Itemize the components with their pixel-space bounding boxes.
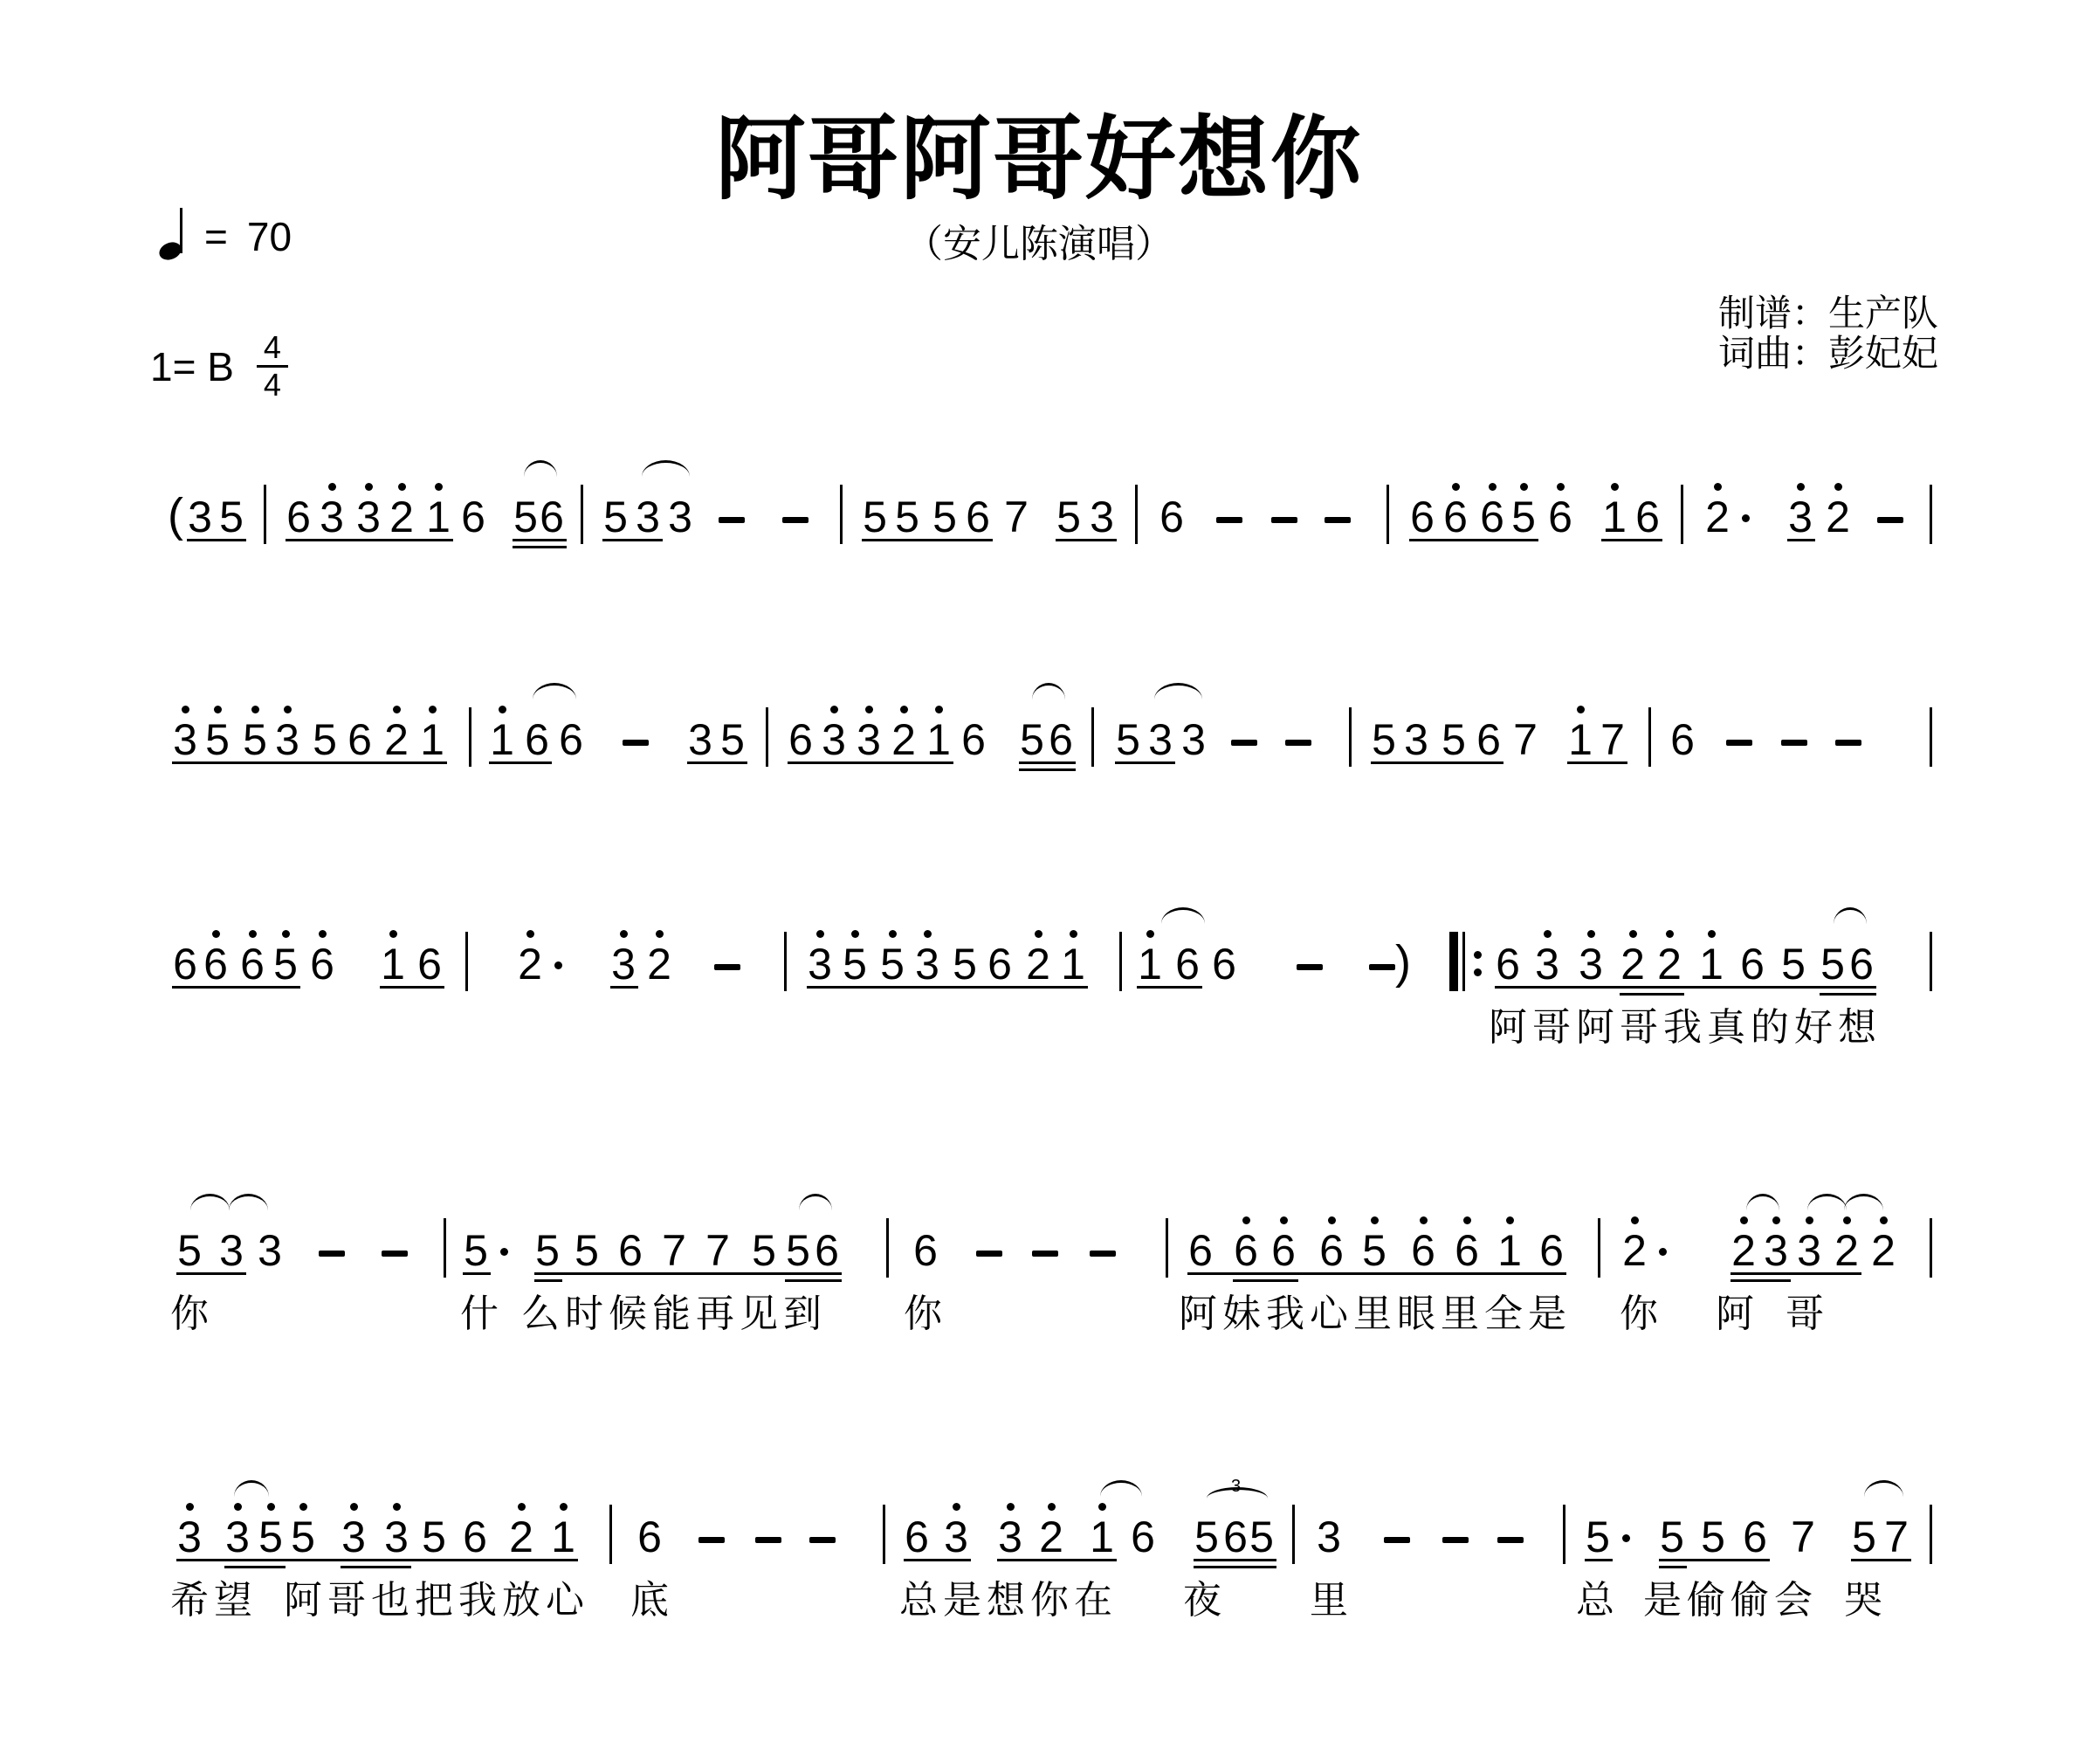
note-digit: 6	[788, 715, 813, 764]
note: 5	[718, 718, 747, 761]
note: 2	[1655, 942, 1684, 986]
score-row: 35535621166356332165653353567176	[0, 707, 2078, 812]
underline-beam	[176, 1559, 578, 1561]
note-digit: 3	[225, 1512, 250, 1561]
note-digit: 2	[1657, 940, 1682, 989]
note: 3	[223, 1515, 252, 1559]
note-digit: 2	[1705, 493, 1730, 541]
octave-dot	[1666, 930, 1674, 938]
octave-dot	[1611, 483, 1619, 491]
lyric-text: 总是想你在	[899, 1581, 1118, 1620]
note-digit: 3	[1797, 1226, 1821, 1275]
lyric-text: 阿哥阿哥我真的好想	[1489, 1009, 1882, 1047]
repeat-dot	[1474, 968, 1482, 976]
note: 6	[1668, 718, 1697, 761]
note-digit: 6	[637, 1512, 662, 1561]
credit-arranger: 制谱：生产队	[1718, 293, 1938, 334]
note-digit: 5	[464, 1226, 488, 1275]
underline-beam	[1731, 1279, 1791, 1282]
note-digit: 1	[551, 1512, 575, 1561]
note: 5	[572, 1229, 602, 1272]
octave-dot	[1146, 930, 1154, 938]
note-digit: 5	[1511, 493, 1536, 541]
note-digit: 3	[320, 493, 344, 541]
note-digit: 1	[1497, 1226, 1522, 1275]
note: 6	[1474, 718, 1503, 761]
octave-dot	[1797, 483, 1805, 491]
octave-dot	[1772, 1216, 1780, 1224]
octave-dot	[1452, 483, 1460, 491]
note: 5	[601, 495, 630, 539]
underline-beam	[187, 539, 246, 541]
note: 6	[959, 718, 988, 761]
octave-dot	[1714, 483, 1722, 491]
note: 3	[382, 1515, 411, 1559]
sustain-dash	[1231, 740, 1257, 746]
underline-beam	[1187, 1272, 1566, 1275]
octave-dot	[1489, 483, 1497, 491]
note: 6	[1128, 1515, 1158, 1559]
sustain-dash	[1216, 517, 1242, 523]
note-digit: 6	[1411, 1226, 1435, 1275]
octave-dot	[389, 930, 397, 938]
intro-parenthesis: )	[1395, 941, 1411, 984]
note: 6	[1847, 942, 1876, 986]
note-digit: 5	[932, 493, 957, 541]
slur-arc	[1746, 1194, 1779, 1210]
underline-beam	[286, 539, 453, 541]
note: 6	[522, 718, 552, 761]
note: 5	[533, 1229, 562, 1272]
barline	[1930, 707, 1932, 767]
note: 5	[1359, 1229, 1389, 1272]
time-sig-bottom: 4	[264, 369, 281, 401]
note: 3	[317, 495, 347, 539]
lyric-text: 底	[630, 1581, 674, 1620]
underline-beam	[904, 1559, 971, 1561]
note-digit: 3	[611, 940, 636, 989]
octave-dot	[267, 1503, 275, 1511]
note-digit: 6	[1740, 940, 1765, 989]
note-digit: 3	[808, 940, 832, 989]
note-digit: 6	[525, 715, 549, 764]
note: 2	[382, 718, 411, 761]
barline	[1930, 485, 1932, 544]
note: 1	[1135, 942, 1165, 986]
note-digit: 5	[1442, 715, 1466, 764]
octave-dot	[1740, 1216, 1748, 1224]
note: 6	[1633, 495, 1662, 539]
note: 2	[387, 495, 416, 539]
note-digit: 6	[1271, 1226, 1296, 1275]
note-digit: 5	[219, 493, 244, 541]
slur-arc	[190, 1194, 230, 1210]
note-digit: 1	[420, 715, 444, 764]
note-digit: 6	[461, 493, 485, 541]
note-digit: 1	[490, 715, 514, 764]
underline-beam	[610, 986, 638, 989]
lyric-text: 夜	[1183, 1581, 1227, 1620]
note-digit: 3	[857, 715, 881, 764]
note-digit: 1	[1061, 940, 1085, 989]
note: 6	[307, 942, 337, 986]
note: 6	[1452, 1229, 1482, 1272]
note: 7	[1598, 718, 1627, 761]
octave-dot	[953, 1503, 960, 1511]
octave-dot	[830, 706, 838, 713]
note: 6	[963, 495, 993, 539]
barline	[264, 485, 266, 544]
note: 5	[256, 1515, 286, 1559]
octave-dot	[212, 930, 220, 938]
note: 1	[1696, 942, 1726, 986]
note: 6	[460, 1515, 490, 1559]
note: 2	[1823, 495, 1853, 539]
note: 3	[995, 1515, 1025, 1559]
note-digit: 1	[1090, 1512, 1114, 1561]
note: 6	[458, 495, 488, 539]
note: 3	[1761, 1229, 1791, 1272]
note: 6	[985, 942, 1015, 986]
underline-beam	[513, 539, 567, 541]
note: 6	[1231, 1229, 1261, 1272]
octave-dot	[1035, 930, 1042, 938]
note: 1	[1495, 1229, 1524, 1272]
note: 1	[423, 495, 453, 539]
note: 1	[548, 1515, 578, 1559]
note-digit: 3	[341, 1512, 366, 1561]
note: 3	[633, 495, 663, 539]
octave-dot	[284, 706, 292, 713]
octave-dot	[299, 1503, 307, 1511]
octave-dot	[1577, 706, 1585, 713]
slur-arc	[1032, 683, 1065, 699]
underline-beam	[1620, 993, 1684, 996]
note-digit: 5	[313, 715, 337, 764]
note: 5	[877, 942, 907, 986]
note: 5	[1017, 718, 1047, 761]
note: 1	[924, 718, 953, 761]
note-digit: 2	[389, 493, 414, 541]
octave-dot	[1242, 1216, 1250, 1224]
octave-dot	[851, 930, 859, 938]
octave-dot	[1506, 1216, 1514, 1224]
repeat-start-barline	[1449, 932, 1458, 991]
octave-dot	[1328, 1216, 1336, 1224]
note-digit: 3	[275, 715, 299, 764]
note-digit: 6	[1410, 493, 1435, 541]
note-digit: 5	[1701, 1512, 1725, 1561]
note-digit: 6	[1548, 493, 1572, 541]
note-digit: 3	[915, 940, 939, 989]
augmentation-dot	[500, 1248, 508, 1256]
underline-beam	[1371, 761, 1503, 764]
lyric-text: 你	[904, 1295, 947, 1333]
note-digit: 3	[258, 1226, 282, 1275]
octave-dot	[1587, 930, 1595, 938]
note-digit: 3	[173, 715, 197, 764]
barline	[886, 1218, 889, 1278]
note-digit: 1	[926, 715, 951, 764]
note: 2	[1036, 1515, 1066, 1559]
note: 2	[1868, 1229, 1898, 1272]
note-digit: 6	[913, 1226, 938, 1275]
note: 6	[1545, 495, 1575, 539]
note: 5	[175, 1229, 204, 1272]
note: 6	[635, 1515, 664, 1559]
underline-beam	[602, 539, 663, 541]
note-digit: 7	[1600, 715, 1625, 764]
note: 5	[1509, 495, 1538, 539]
note-digit: 3	[1579, 940, 1603, 989]
underline-beam	[224, 1566, 286, 1568]
octave-dot	[889, 930, 897, 938]
note-digit: 5	[575, 1226, 599, 1275]
octave-dot	[924, 930, 932, 938]
note: 6	[237, 942, 267, 986]
lyric-text: 哭	[1844, 1581, 1888, 1620]
sustain-dash	[1877, 517, 1903, 523]
note-digit: 5	[1056, 493, 1081, 541]
note-digit: 7	[1513, 715, 1538, 764]
note-digit: 5	[1586, 1512, 1610, 1561]
note: 1	[1058, 942, 1088, 986]
octave-dot	[1463, 1216, 1471, 1224]
lyric-text: 你	[1620, 1295, 1663, 1333]
note: 5	[1657, 1515, 1687, 1559]
note: 6	[537, 495, 567, 539]
octave-dot	[1629, 930, 1637, 938]
note: 6	[1221, 1515, 1250, 1559]
note: 5	[240, 718, 270, 761]
lyric-text: 你	[170, 1295, 214, 1333]
slur-arc	[1161, 907, 1205, 924]
lyric-text: 希望	[170, 1581, 258, 1620]
underline-beam	[176, 1272, 246, 1275]
lyric-text: 阿哥也把我放心	[284, 1581, 589, 1620]
note-digit: 5	[1372, 715, 1396, 764]
note: 2	[506, 1515, 536, 1559]
note-digit: 3	[1535, 940, 1559, 989]
note-digit: 3	[668, 493, 692, 541]
note-digit: 6	[987, 940, 1012, 989]
note-digit: 5	[863, 493, 887, 541]
slur-arc	[1844, 1194, 1883, 1210]
barline	[766, 707, 768, 767]
quarter-note-icon	[157, 208, 185, 260]
score-row: 666561623235535621166)6332216556阿哥阿哥我真的好…	[0, 932, 2078, 1037]
note-digit: 6	[1480, 493, 1504, 541]
sustain-dash	[319, 1251, 345, 1257]
note: 6	[812, 1229, 842, 1272]
barline	[1462, 932, 1465, 991]
augmentation-dot	[1622, 1534, 1630, 1542]
note-digit: 5	[1116, 715, 1140, 764]
sustain-dash	[382, 1251, 408, 1257]
barline	[1681, 485, 1683, 544]
octave-dot	[816, 930, 824, 938]
octave-dot	[1834, 483, 1842, 491]
note-digit: 5	[1660, 1512, 1684, 1561]
note-digit: 6	[1175, 940, 1200, 989]
octave-dot	[429, 706, 437, 713]
note: 3	[272, 718, 302, 761]
note: 7	[1001, 495, 1031, 539]
note-digit: 3	[636, 493, 660, 541]
note: 6	[1441, 495, 1470, 539]
note: 6	[902, 1515, 932, 1559]
octave-dot	[1098, 1503, 1106, 1511]
note-digit: 7	[1884, 1512, 1909, 1561]
note-digit: 2	[647, 940, 671, 989]
note: 6	[415, 942, 444, 986]
note: 5	[1818, 942, 1847, 986]
note-digit: 6	[417, 940, 442, 989]
octave-dot	[1544, 930, 1552, 938]
underline-beam	[1601, 539, 1662, 541]
underline-beam	[1567, 761, 1627, 764]
note: 6	[1173, 942, 1202, 986]
note-digit: 3	[384, 1512, 409, 1561]
note: 3	[912, 942, 942, 986]
note: 5	[217, 495, 246, 539]
underline-beam	[997, 1559, 1117, 1561]
note: 5	[1698, 1515, 1728, 1559]
tempo-value: 70	[247, 213, 292, 260]
sustain-dash	[623, 740, 649, 746]
note: 3	[665, 495, 695, 539]
note-digit: 6	[1131, 1512, 1155, 1561]
note-digit: 3	[1181, 715, 1206, 764]
underline-beam	[534, 1272, 842, 1275]
note-digit: 6	[286, 493, 311, 541]
underline-beam	[1233, 1279, 1298, 1282]
note: 7	[1510, 718, 1540, 761]
octave-dot	[350, 1503, 358, 1511]
underline-beam	[1585, 1559, 1613, 1561]
octave-dot	[1557, 483, 1565, 491]
note: 6	[1046, 718, 1076, 761]
intro-parenthesis: (	[168, 493, 183, 537]
sustain-dash	[1285, 740, 1311, 746]
octave-dot	[1880, 1216, 1888, 1224]
note-digit: 5	[1249, 1512, 1274, 1561]
note: 1	[487, 718, 517, 761]
sustain-dash	[1369, 964, 1395, 970]
underline-beam	[489, 761, 552, 764]
barline	[883, 1505, 885, 1564]
underline-beam	[1659, 1566, 1687, 1568]
slur-arc	[1807, 1194, 1847, 1210]
octave-dot	[365, 483, 373, 491]
note-digit: 1	[381, 940, 405, 989]
octave-dot	[393, 706, 401, 713]
note-digit: 6	[1234, 1226, 1258, 1275]
note-digit: 3	[188, 493, 212, 541]
note: 3	[1179, 718, 1208, 761]
note-digit: 5	[1781, 940, 1806, 989]
note: 7	[1788, 1515, 1818, 1559]
underline-beam	[1137, 986, 1202, 989]
note: 3	[339, 1515, 368, 1559]
slur-arc	[1864, 1480, 1903, 1497]
underline-beam	[1194, 1559, 1276, 1561]
note-digit: 3	[998, 1512, 1022, 1561]
octave-dot	[398, 483, 406, 491]
note-digit: 6	[618, 1226, 643, 1275]
augmentation-dot	[554, 961, 562, 969]
octave-dot	[214, 706, 222, 713]
note: 5	[1369, 718, 1399, 761]
note-digit: 5	[953, 940, 977, 989]
octave-dot	[182, 706, 189, 713]
note: 3	[1314, 1515, 1344, 1559]
slur-arc	[533, 683, 576, 699]
note-digit: 5	[258, 1512, 283, 1561]
note: 5	[1054, 495, 1084, 539]
note-digit: 6	[173, 940, 197, 989]
score-row: (3563321656533555675366665616232	[0, 485, 2078, 589]
note: 2	[644, 942, 674, 986]
note: 2	[1729, 1229, 1758, 1272]
note-digit: 3	[1090, 493, 1114, 541]
note-digit: 2	[1871, 1226, 1896, 1275]
note-digit: 5	[1194, 1512, 1219, 1561]
barline	[1135, 485, 1138, 544]
note-digit: 3	[1148, 715, 1173, 764]
note: 3	[941, 1515, 971, 1559]
note: 3	[609, 942, 638, 986]
note-digit: 6	[1476, 715, 1501, 764]
note-digit: 6	[905, 1512, 929, 1561]
note: 1	[417, 718, 447, 761]
note: 6	[170, 942, 200, 986]
note: 3	[217, 1229, 246, 1272]
slur-arc	[1154, 683, 1202, 699]
note: 5	[1439, 718, 1469, 761]
sustain-dash	[698, 1537, 725, 1543]
barline	[1349, 707, 1352, 767]
octave-dot	[251, 706, 259, 713]
time-signature: 4 4	[257, 332, 288, 401]
note: 5	[271, 942, 300, 986]
note: 3	[1532, 942, 1562, 986]
note: 5	[840, 942, 870, 986]
slur-arc	[524, 460, 557, 477]
note-digit: 7	[1791, 1512, 1815, 1561]
note: 3	[1146, 718, 1175, 761]
note: 5	[511, 495, 540, 539]
octave-dot	[186, 1503, 194, 1511]
note-digit: 6	[1849, 940, 1874, 989]
key-signature: 1= B 4 4	[150, 332, 288, 401]
note: 5	[1247, 1515, 1276, 1559]
note-digit: 6	[1188, 1226, 1213, 1275]
song-title: 阿哥阿哥好想你	[0, 114, 2078, 204]
octave-dot	[319, 930, 327, 938]
note: 5	[1192, 1515, 1221, 1559]
slur-arc	[1834, 907, 1867, 924]
sustain-dash	[782, 517, 808, 523]
note: 5	[203, 718, 232, 761]
note: 2	[1023, 942, 1053, 986]
sustain-dash	[976, 1251, 1002, 1257]
note-digit: 2	[1622, 1226, 1647, 1275]
note-digit: 1	[1602, 493, 1627, 541]
note: 6	[1157, 495, 1187, 539]
sustain-dash	[1835, 740, 1861, 746]
sustain-dash	[1384, 1537, 1410, 1543]
